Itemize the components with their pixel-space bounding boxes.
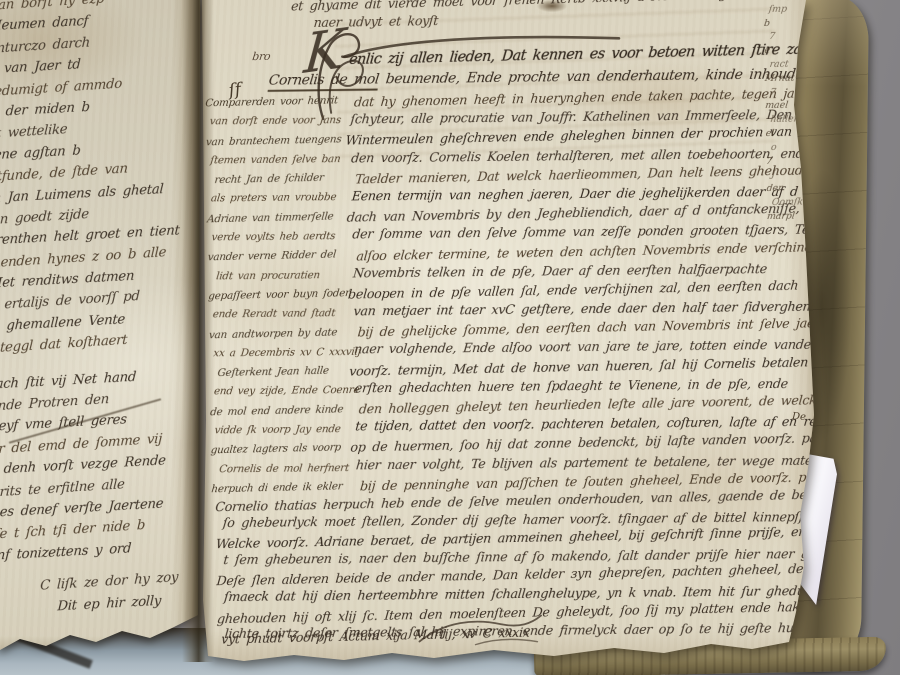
margin-note-line: gualtez lagters als voorp [209, 441, 351, 464]
margin-note-line: ende Reradt vand ſtadt [207, 307, 349, 328]
edge-mark: J [765, 169, 811, 184]
edge-mark: el [765, 127, 811, 142]
edge-mark: hallen [764, 113, 810, 128]
edge-note: De [792, 411, 807, 423]
right-page: et ghyame dit vierde moet voor ſrenen Re… [196, 0, 820, 664]
paraph-stroke [419, 616, 541, 642]
margin-notes-block: Comparerden voor henritvan dorſt ende vo… [205, 95, 351, 502]
edge-mark: Oomſk [766, 196, 812, 211]
margin-corner-note: bro [251, 50, 271, 63]
previous-entry-line: et ghyame dit vierde moet voor ſrenen Re… [291, 0, 824, 14]
right-page-text: et ghyame dit vierde moet voor ſrenen Re… [195, 0, 829, 665]
edge-mark: 7 [764, 86, 810, 101]
margin-note-line: lidt van procuratien [207, 269, 349, 290]
main-text-block: dat hy ghenomen heeft in huerynghen ende… [345, 87, 803, 497]
margin-note-line: ſtemen vanden ſelve ban [205, 153, 347, 174]
edge-mark: 7 [765, 155, 811, 170]
margin-note-line: xx a Decembris xv C xxxviij [208, 346, 350, 367]
person-name-underlined: Cornelis de mol [268, 72, 380, 92]
margin-note-line: van andtworpen by date [208, 326, 350, 349]
margin-note-line: end vey zijde, Ende Coenre [209, 384, 351, 405]
right-page-wrap: et ghyame dit vierde moet voor ſrenen Re… [196, 0, 820, 664]
edge-mark: 7 [763, 31, 809, 46]
margin-note-line: als preters van vroubbe [206, 191, 348, 212]
margin-note-line: van brantechem tuengens [205, 133, 347, 156]
edge-mark: Mrnut [764, 72, 810, 87]
edge-mark: o [765, 141, 811, 156]
margin-note-line: Adriane van timmerſelle [206, 210, 348, 233]
edge-mark: ſmp [763, 3, 809, 18]
edge-mark: der [766, 182, 812, 197]
edge-mark: b [763, 17, 809, 32]
left-page: vathy van borſt hy ezpange va Meumen dan… [0, 0, 200, 660]
book-gutter-shadow [182, 0, 214, 662]
margin-note-line: Cornelis de mol herfnert [210, 462, 352, 483]
manuscript-photo-scene: vathy van borſt hy ezpange va Meumen dan… [0, 0, 900, 675]
margin-note-line: van dorſt ende voor Jans [204, 114, 346, 135]
paraph-stroke [475, 639, 537, 645]
left-page-wrap: vathy van borſt hy ezpange va Meumen dan… [0, 0, 200, 660]
edge-mark: marpl [766, 210, 812, 225]
margin-note-line: herpuch di ende ik ekler [210, 480, 352, 503]
edge-mark: e [763, 45, 809, 60]
edge-marks-column: utddlyſmpb7eractMrnut7maelhallenelo7Jder… [763, 0, 811, 225]
edge-mark: mael [764, 100, 810, 115]
margin-note-line: vander verne Ridder del [206, 248, 348, 271]
margin-note-line: de mol end andere kinde [209, 403, 351, 426]
closing-paraph-icon [415, 610, 546, 652]
edge-mark: ract [764, 58, 810, 73]
